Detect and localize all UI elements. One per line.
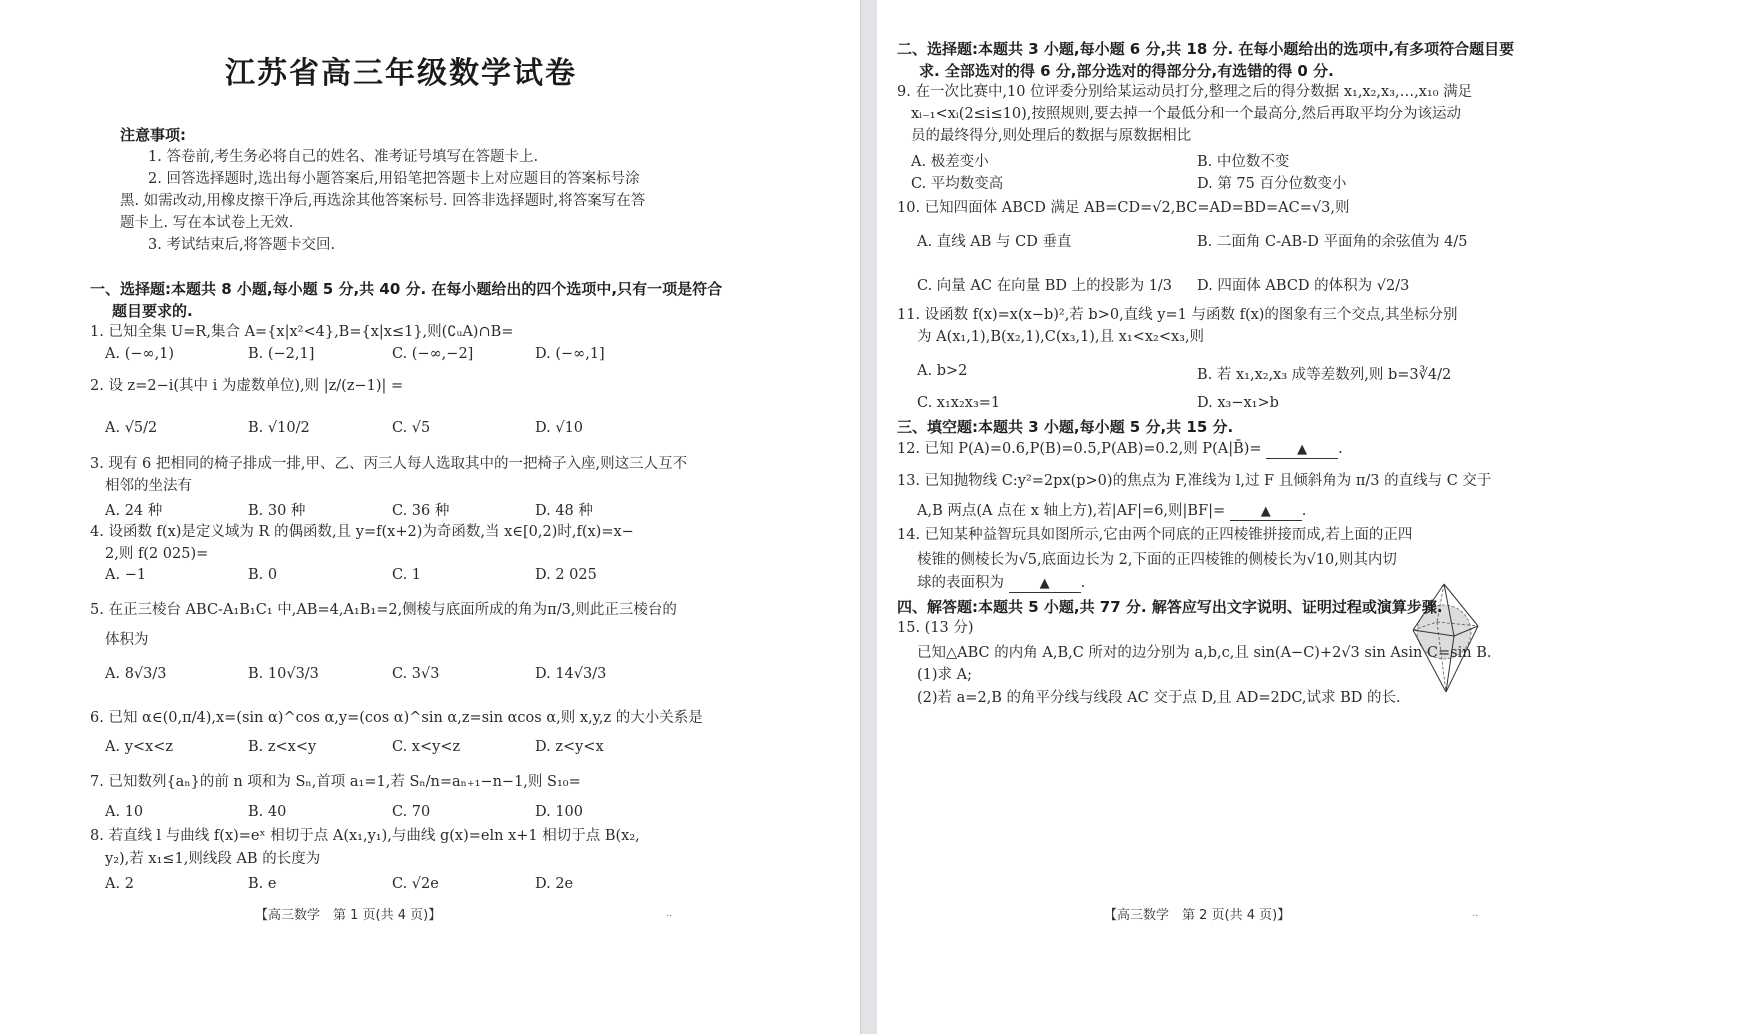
question-13: 13. 已知抛物线 C:y²=2px(p>0)的焦点为 F,准线为 l,过 F … — [897, 471, 1491, 491]
option-c: C. 3√3 — [392, 666, 440, 682]
question-stem: 已知 α∈(0,π/4),x=(sin α)^cos α,y=(cos α)^s… — [108, 710, 702, 726]
option-a: A. (−∞,1) — [105, 346, 174, 362]
question-stem: 已知 P(A)=0.6,P(B)=0.5,P(AB)=0.2,则 P(A|B̄)… — [925, 441, 1262, 457]
option-a: A. √5/2 — [105, 420, 157, 436]
option-c: C. x₁x₂x₃=1 — [917, 395, 1000, 411]
question-number: 7. — [90, 774, 104, 790]
option-c: C. √5 — [392, 420, 430, 436]
option-c: C. 平均数变高 — [911, 172, 1003, 193]
option-d: D. x₃−x₁>b — [1197, 395, 1279, 411]
question-stem-cont: 球的表面积为 ▲. — [917, 573, 1085, 593]
notice-heading: 注意事项: — [120, 124, 186, 145]
question-stem-cont: 体积为 — [105, 630, 149, 650]
option-b: B. e — [248, 876, 276, 892]
corner-mark: .. — [1472, 908, 1478, 919]
question-15-stem: 已知△ABC 的内角 A,B,C 所对的边分别为 a,b,c,且 sin(A−C… — [917, 643, 1491, 663]
question-number: 4. — [90, 524, 104, 540]
question-14: 14. 已知某种益智玩具如图所示,它由两个同底的正四棱锥拼接而成,若上面的正四 — [897, 525, 1412, 545]
option-a: A. y<x<z — [105, 739, 173, 755]
option-c: C. 1 — [392, 567, 421, 583]
question-9: 9. 在一次比赛中,10 位评委分别给某运动员打分,整理之后的得分数据 x₁,x… — [897, 82, 1472, 102]
question-stem-cont: 棱锥的侧棱长为√5,底面边长为 2,下面的正四棱锥的侧棱长为√10,则其内切 — [917, 550, 1397, 570]
option-a: A. 极差变小 — [911, 150, 989, 171]
question-stem: 在一次比赛中,10 位评委分别给某运动员打分,整理之后的得分数据 x₁,x₂,x… — [915, 84, 1472, 100]
option-d: D. 四面体 ABCD 的体积为 √2/3 — [1197, 274, 1409, 295]
question-number: 10. — [897, 200, 920, 216]
question-number: 5. — [90, 602, 104, 618]
question-stem: 已知抛物线 C:y²=2px(p>0)的焦点为 F,准线为 l,过 F 且倾斜角… — [925, 473, 1492, 489]
section-2-heading: 二、选择题:本题共 3 小题,每小题 6 分,共 18 分. 在每小题给出的选项… — [897, 38, 1514, 59]
option-c: C. 36 种 — [392, 499, 449, 520]
option-d: D. 100 — [535, 804, 583, 820]
option-a: A. −1 — [105, 567, 146, 583]
option-d: D. 2e — [535, 876, 573, 892]
section-1-heading-cont: 题目要求的. — [112, 300, 193, 321]
corner-mark: .. — [666, 908, 672, 919]
question-8: 8. 若直线 l 与曲线 f(x)=eˣ 相切于点 A(x₁,y₁),与曲线 g… — [90, 826, 640, 846]
page-footer: 【高三数学 第 2 页(共 4 页)】 — [1104, 904, 1290, 923]
notice-item: 1. 答卷前,考生务必将自己的姓名、准考证号填写在答题卡上. — [148, 147, 538, 167]
question-stem: 现有 6 把相同的椅子排成一排,甲、乙、丙三人每人选取其中的一把椅子入座,则这三… — [108, 456, 687, 472]
question-number: 12. — [897, 441, 920, 457]
notice-item: 黑. 如需改动,用橡皮擦干净后,再选涂其他答案标号. 回答非选择题时,将答案写在… — [120, 191, 645, 211]
question-stem: 设 z=2−i(其中 i 为虚数单位),则 |z/(z−1)| = — [108, 378, 403, 394]
option-a: A. 直线 AB 与 CD 垂直 — [917, 230, 1071, 251]
question-7: 7. 已知数列{aₙ}的前 n 项和为 Sₙ,首项 a₁=1,若 Sₙ/n=aₙ… — [90, 772, 581, 792]
option-d: D. z<y<x — [535, 739, 604, 755]
option-c: C. √2e — [392, 876, 439, 892]
question-6: 6. 已知 α∈(0,π/4),x=(sin α)^cos α,y=(cos α… — [90, 708, 703, 728]
option-a: A. b>2 — [917, 363, 967, 379]
section-3-heading: 三、填空题:本题共 3 小题,每小题 5 分,共 15 分. — [897, 416, 1233, 437]
question-stem: 已知某种益智玩具如图所示,它由两个同底的正四棱锥拼接而成,若上面的正四 — [925, 527, 1413, 543]
option-c: C. 70 — [392, 804, 430, 820]
question-stem-cont: 2,则 f(2 025)= — [105, 544, 208, 564]
question-stem-cont: y₂),若 x₁≤1,则线段 AB 的长度为 — [105, 849, 320, 869]
option-b: B. 40 — [248, 804, 286, 820]
question-12: 12. 已知 P(A)=0.6,P(B)=0.5,P(AB)=0.2,则 P(A… — [897, 439, 1343, 459]
option-d: D. 第 75 百分位数变小 — [1197, 172, 1347, 193]
notice-item: 题卡上. 写在本试卷上无效. — [120, 213, 293, 233]
notice-item: 2. 回答选择题时,选出每小题答案后,用铅笔把答题卡上对应题目的答案标号涂 — [148, 169, 640, 189]
question-2: 2. 设 z=2−i(其中 i 为虚数单位),则 |z/(z−1)| = — [90, 376, 403, 396]
question-stem: 设函数 f(x)是定义域为 R 的偶函数,且 y=f(x+2)为奇函数,当 x∈… — [108, 524, 633, 540]
option-b: B. 中位数不变 — [1197, 150, 1289, 171]
option-d: D. 2 025 — [535, 567, 597, 583]
option-b: B. 0 — [248, 567, 277, 583]
question-number: 14. — [897, 527, 920, 543]
question-number: 8. — [90, 828, 104, 844]
question-stem: 已知数列{aₙ}的前 n 项和为 Sₙ,首项 a₁=1,若 Sₙ/n=aₙ₊₁−… — [108, 774, 580, 790]
question-stem: 设函数 f(x)=x(x−b)²,若 b>0,直线 y=1 与函数 f(x)的图… — [925, 307, 1458, 323]
question-number: 2. — [90, 378, 104, 394]
exam-page-2: 二、选择题:本题共 3 小题,每小题 6 分,共 18 分. 在每小题给出的选项… — [877, 0, 1737, 1034]
page-footer: 【高三数学 第 1 页(共 4 页)】 — [255, 904, 441, 923]
section-1-heading: 一、选择题:本题共 8 小题,每小题 5 分,共 40 分. 在每小题给出的四个… — [90, 278, 722, 299]
question-number: 6. — [90, 710, 104, 726]
question-4: 4. 设函数 f(x)是定义域为 R 的偶函数,且 y=f(x+2)为奇函数,当… — [90, 522, 634, 542]
question-15-part-1: (1)求 A; — [917, 665, 972, 685]
question-stem: 球的表面积为 — [917, 575, 1004, 591]
question-stem: 在正三棱台 ABC-A₁B₁C₁ 中,AB=4,A₁B₁=2,侧棱与底面所成的角… — [108, 602, 676, 618]
question-stem-cont: 员的最终得分,则处理后的数据与原数据相比 — [911, 126, 1191, 146]
option-c: C. x<y<z — [392, 739, 460, 755]
question-5: 5. 在正三棱台 ABC-A₁B₁C₁ 中,AB=4,A₁B₁=2,侧棱与底面所… — [90, 600, 677, 620]
option-c: C. 向量 AC 在向量 BD 上的投影为 1/3 — [917, 274, 1172, 295]
option-d: D. √10 — [535, 420, 583, 436]
option-c: C. (−∞,−2] — [392, 346, 473, 362]
answer-blank[interactable]: ▲ — [1230, 504, 1302, 521]
page-divider — [860, 0, 878, 1034]
option-b: B. 二面角 C-AB-D 平面角的余弦值为 4/5 — [1197, 230, 1467, 251]
section-4-heading: 四、解答题:本题共 5 小题,共 77 分. 解答应写出文字说明、证明过程或演算… — [897, 596, 1443, 617]
option-b: B. 若 x₁,x₂,x₃ 成等差数列,则 b=3∛4/2 — [1197, 363, 1451, 384]
question-15-part-2: (2)若 a=2,B 的角平分线与线段 AC 交于点 D,且 AD=2DC,试求… — [917, 688, 1401, 708]
notice-item: 3. 考试结束后,将答题卡交回. — [148, 235, 335, 255]
option-a: A. 8√3/3 — [105, 666, 167, 682]
question-stem: 若直线 l 与曲线 f(x)=eˣ 相切于点 A(x₁,y₁),与曲线 g(x)… — [108, 828, 639, 844]
option-b: B. √10/2 — [248, 420, 310, 436]
question-10: 10. 已知四面体 ABCD 满足 AB=CD=√2,BC=AD=BD=AC=√… — [897, 198, 1349, 218]
question-stem: A,B 两点(A 点在 x 轴上方),若|AF|=6,则|BF|= — [917, 503, 1225, 519]
option-b: B. 30 种 — [248, 499, 305, 520]
question-3: 3. 现有 6 把相同的椅子排成一排,甲、乙、丙三人每人选取其中的一把椅子入座,… — [90, 454, 687, 474]
question-stem-cont: A,B 两点(A 点在 x 轴上方),若|AF|=6,则|BF|= ▲. — [917, 501, 1306, 521]
answer-blank[interactable]: ▲ — [1266, 442, 1338, 459]
exam-title: 江苏省高三年级数学试卷 — [225, 48, 577, 92]
section-2-heading-cont: 求. 全部选对的得 6 分,部分选对的得部分分,有选错的得 0 分. — [919, 60, 1334, 81]
question-number: 13. — [897, 473, 920, 489]
question-stem: 已知全集 U=R,集合 A={x|x²<4},B={x|x≤1},则(∁ᵤA)∩… — [108, 324, 513, 340]
option-d: D. 14√3/3 — [535, 666, 606, 682]
option-d: D. 48 种 — [535, 499, 593, 520]
question-number: 9. — [897, 84, 911, 100]
question-number: 11. — [897, 307, 920, 323]
option-b: B. 10√3/3 — [248, 666, 319, 682]
option-d: D. (−∞,1] — [535, 346, 605, 362]
option-b: B. (−2,1] — [248, 346, 314, 362]
question-stem: 已知四面体 ABCD 满足 AB=CD=√2,BC=AD=BD=AC=√3,则 — [925, 200, 1350, 216]
question-number: 1. — [90, 324, 104, 340]
question-11: 11. 设函数 f(x)=x(x−b)²,若 b>0,直线 y=1 与函数 f(… — [897, 305, 1458, 325]
option-a: A. 2 — [105, 876, 134, 892]
question-15-header: 15. (13 分) — [897, 618, 974, 638]
question-1: 1. 已知全集 U=R,集合 A={x|x²<4},B={x|x≤1},则(∁ᵤ… — [90, 322, 513, 342]
question-number: 3. — [90, 456, 104, 472]
question-stem-cont: 为 A(x₁,1),B(x₂,1),C(x₃,1),且 x₁<x₂<x₃,则 — [917, 327, 1204, 347]
question-stem-cont: xᵢ₋₁<xᵢ(2≤i≤10),按照规则,要去掉一个最低分和一个最高分,然后再取… — [911, 104, 1461, 124]
option-a: A. 10 — [105, 804, 143, 820]
option-b: B. z<x<y — [248, 739, 316, 755]
option-a: A. 24 种 — [105, 499, 162, 520]
answer-blank[interactable]: ▲ — [1009, 576, 1081, 593]
exam-page-1: 江苏省高三年级数学试卷 注意事项: 1. 答卷前,考生务必将自己的姓名、准考证号… — [0, 0, 860, 1034]
question-stem-cont: 相邻的坐法有 — [105, 476, 192, 496]
